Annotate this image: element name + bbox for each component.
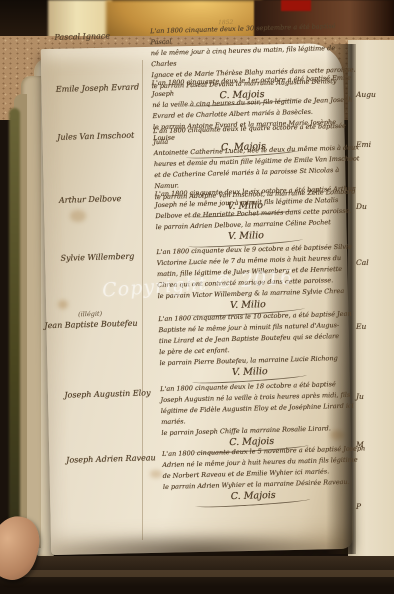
entry-margin-name: Arthur Delbove — [59, 193, 153, 205]
facing-page-name-fragment: Emi — [356, 140, 394, 149]
photo-baptism-register: Augu Emi Du Cal Eu Ju M P 1852 Pascal Ig… — [0, 0, 394, 594]
entry-margin-name: Joseph Adrien Raveau — [66, 453, 160, 465]
red-object — [281, 0, 311, 11]
facing-page-name-fragment: Augu — [356, 90, 394, 99]
facing-page-name-fragment: Du — [356, 202, 394, 211]
register-entry: (illégit) Jean Baptiste Boutefeu L'an 18… — [58, 309, 360, 387]
register-entry: Joseph Adrien Raveau L'an 1800 cinquante… — [62, 443, 364, 510]
entry-body-text: L'an 1800 cinquante deux le 18 octobre a… — [160, 378, 367, 439]
entry-margin-name: Jules Van Imschoot — [57, 130, 151, 142]
entry-margin-name: Emile Joseph Evrard — [56, 82, 150, 94]
entry-margin-name: Joseph Augustin Eloy — [64, 388, 158, 400]
register-entry: Arthur Delbove L'an 1800 cinquante deux … — [55, 184, 357, 251]
entry-margin-note: (illégit) — [78, 308, 158, 318]
entry-margin-name: Jean Baptiste Boutefeu — [44, 318, 170, 331]
book-edge-discoloration — [9, 108, 20, 532]
entry-body-text: L'an 1800 cinquante trois le 10 octobre,… — [158, 308, 365, 369]
entry-body-text: L'an 1800 cinquante deux le six octobre … — [155, 183, 362, 233]
entry-margin-name: Pascal Ignace — [54, 30, 148, 42]
table-edge-strip — [0, 570, 394, 577]
entry-body-text: L'an 1800 cinquante deux le 5 novembre a… — [162, 443, 369, 493]
entry-margin-name: Sylvie Willemberg — [60, 251, 154, 263]
